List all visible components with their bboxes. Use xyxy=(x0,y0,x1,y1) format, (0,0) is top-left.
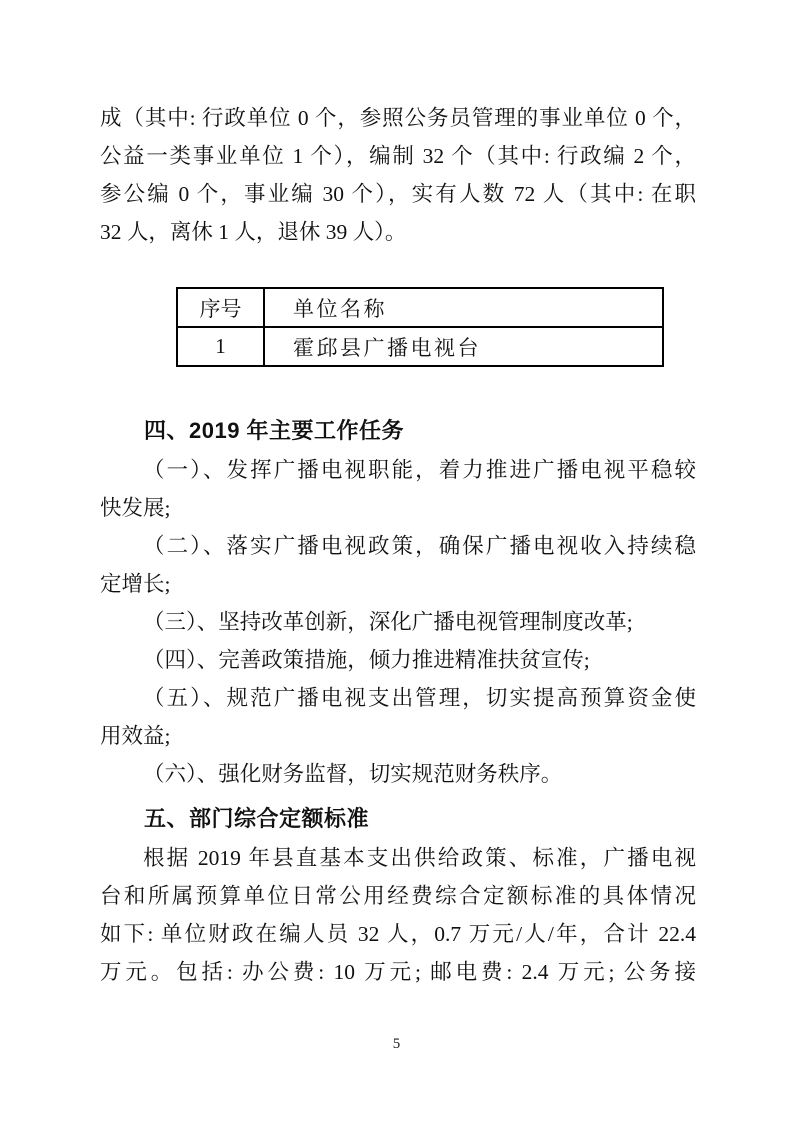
table-header-row: 序号 单位名称 xyxy=(177,288,663,327)
document-content: 成（其中: 行政单位 0 个，参照公务员管理的事业单位 0 个， 公益一类事业单… xyxy=(100,99,696,991)
task-item-line: （六）、强化财务监督，切实规范财务秩序。 xyxy=(100,755,696,793)
text-line: 如下: 单位财政在编人员 32 人，0.7 万元/人/年，合计 22.4 xyxy=(100,915,696,953)
text-line: 公益一类事业单位 1 个），编制 32 个（其中: 行政编 2 个， xyxy=(100,137,696,175)
task-list: （一）、发挥广播电视职能，着力推进广播电视平稳较 快发展; （二）、落实广播电视… xyxy=(100,451,696,793)
task-item-line: （五）、规范广播电视支出管理，切实提高预算资金使 xyxy=(100,679,696,717)
task-item-line: 快发展; xyxy=(100,489,696,527)
document-page: 成（其中: 行政单位 0 个，参照公务员管理的事业单位 0 个， 公益一类事业单… xyxy=(0,0,793,1122)
intro-paragraph: 成（其中: 行政单位 0 个，参照公务员管理的事业单位 0 个， 公益一类事业单… xyxy=(100,99,696,251)
task-item-line: 定增长; xyxy=(100,565,696,603)
section-heading-quota: 五、部门综合定额标准 xyxy=(100,799,696,839)
text-line: 参公编 0 个，事业编 30 个），实有人数 72 人（其中: 在职 xyxy=(100,175,696,213)
task-item-line: （二）、落实广播电视政策，确保广播电视收入持续稳 xyxy=(100,527,696,565)
text-line: 台和所属预算单位日常公用经费综合定额标准的具体情况 xyxy=(100,877,696,915)
text-line: 32 人，离休 1 人，退休 39 人）。 xyxy=(100,213,696,251)
column-header-name: 单位名称 xyxy=(264,288,663,327)
task-item-line: 用效益; xyxy=(100,717,696,755)
section-heading-tasks: 四、2019 年主要工作任务 xyxy=(100,411,696,451)
column-header-index: 序号 xyxy=(177,288,264,327)
quota-paragraph: 根据 2019 年县直基本支出供给政策、标准，广播电视 台和所属预算单位日常公用… xyxy=(100,839,696,991)
units-table: 序号 单位名称 1 霍邱县广播电视台 xyxy=(176,287,664,367)
text-line: 成（其中: 行政单位 0 个，参照公务员管理的事业单位 0 个， xyxy=(100,99,696,137)
text-line: 万元。包括: 办公费: 10 万元; 邮电费: 2.4 万元; 公务接 xyxy=(100,953,696,991)
cell-unit-name: 霍邱县广播电视台 xyxy=(264,327,663,366)
cell-index: 1 xyxy=(177,327,264,366)
table-row: 1 霍邱县广播电视台 xyxy=(177,327,663,366)
task-item-line: （三）、坚持改革创新，深化广播电视管理制度改革; xyxy=(100,603,696,641)
task-item-line: （四）、完善政策措施，倾力推进精准扶贫宣传; xyxy=(100,641,696,679)
text-line: 根据 2019 年县直基本支出供给政策、标准，广播电视 xyxy=(100,839,696,877)
task-item-line: （一）、发挥广播电视职能，着力推进广播电视平稳较 xyxy=(100,451,696,489)
page-number: 5 xyxy=(0,1036,793,1053)
